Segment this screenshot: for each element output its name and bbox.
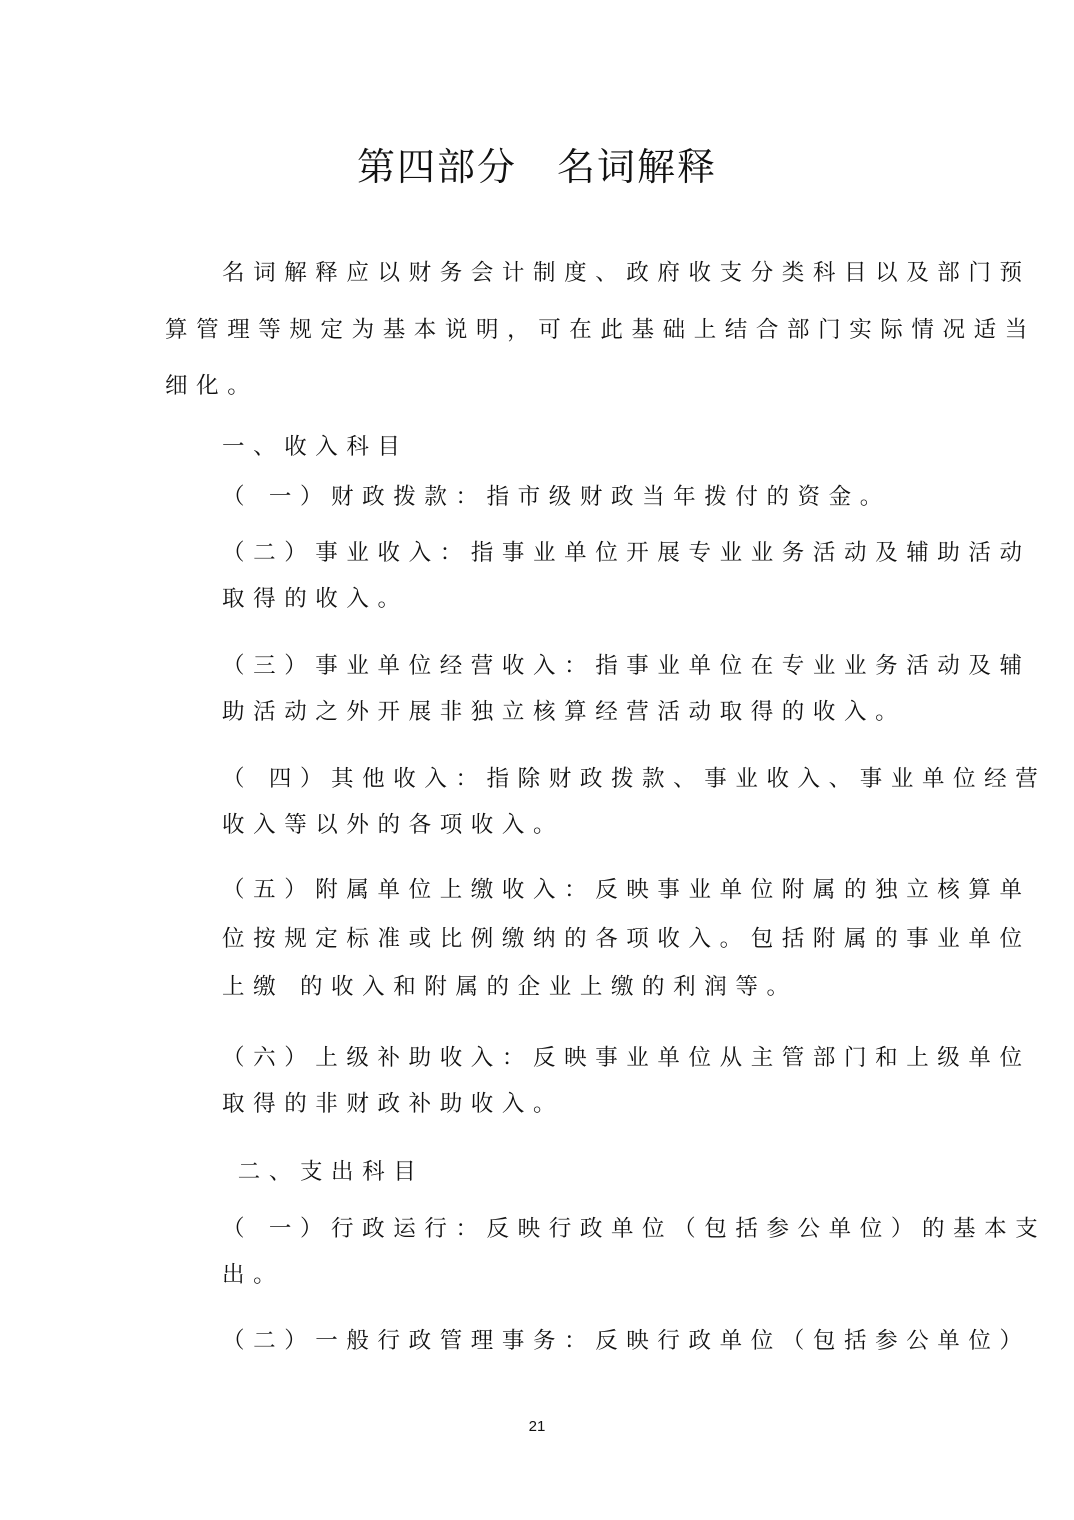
section-heading-income: 一、收入科目 xyxy=(222,432,409,462)
income-item-6-cont: 取得的非财政补助收入。 xyxy=(222,1089,564,1119)
expenditure-item-1-cont: 出。 xyxy=(222,1260,284,1290)
income-item-2-cont: 取得的收入。 xyxy=(222,584,409,614)
income-item-5-cont: 上缴 的收入和附属的企业上缴的利润等。 xyxy=(222,972,798,1002)
page-title: 第四部分 名词解释 xyxy=(0,136,1074,191)
income-item-3-cont: 助活动之外开展非独立核算经营活动取得的收入。 xyxy=(222,697,906,727)
income-item-5-cont: 位按规定标准或比例缴纳的各项收入。包括附属的事业单位 xyxy=(222,924,1031,954)
income-item-2: （二）事业收入：指事业单位开展专业业务活动及辅助活动 xyxy=(222,538,1031,568)
section-heading-expenditure: 二、支出科目 xyxy=(222,1157,424,1187)
expenditure-item-2: （二）一般行政管理事务：反映行政单位（包括参公单位） xyxy=(222,1326,1031,1356)
intro-line: 名词解释应以财务会计制度、政府收支分类科目以及部门预 xyxy=(222,258,1031,288)
intro-line: 算管理等规定为基本说明，可在此基础上结合部门实际情况适当 xyxy=(165,315,1036,345)
page-number: 21 xyxy=(0,1418,1074,1435)
income-item-1: （ 一）财政拨款：指市级财政当年拨付的资金。 xyxy=(222,482,891,512)
income-item-4-cont: 收入等以外的各项收入。 xyxy=(222,810,564,840)
expenditure-item-1: （ 一）行政运行：反映行政单位（包括参公单位）的基本支 xyxy=(222,1214,1046,1244)
income-item-4: （ 四）其他收入：指除财政拨款、事业收入、事业单位经营 xyxy=(222,764,1046,794)
document-page: 第四部分 名词解释 名词解释应以财务会计制度、政府收支分类科目以及部门预 算管理… xyxy=(0,0,1074,1520)
income-item-5: （五）附属单位上缴收入：反映事业单位附属的独立核算单 xyxy=(222,875,1031,905)
intro-line: 细化。 xyxy=(165,371,258,401)
income-item-6: （六）上级补助收入：反映事业单位从主管部门和上级单位 xyxy=(222,1043,1031,1073)
income-item-3: （三）事业单位经营收入：指事业单位在专业业务活动及辅 xyxy=(222,651,1031,681)
